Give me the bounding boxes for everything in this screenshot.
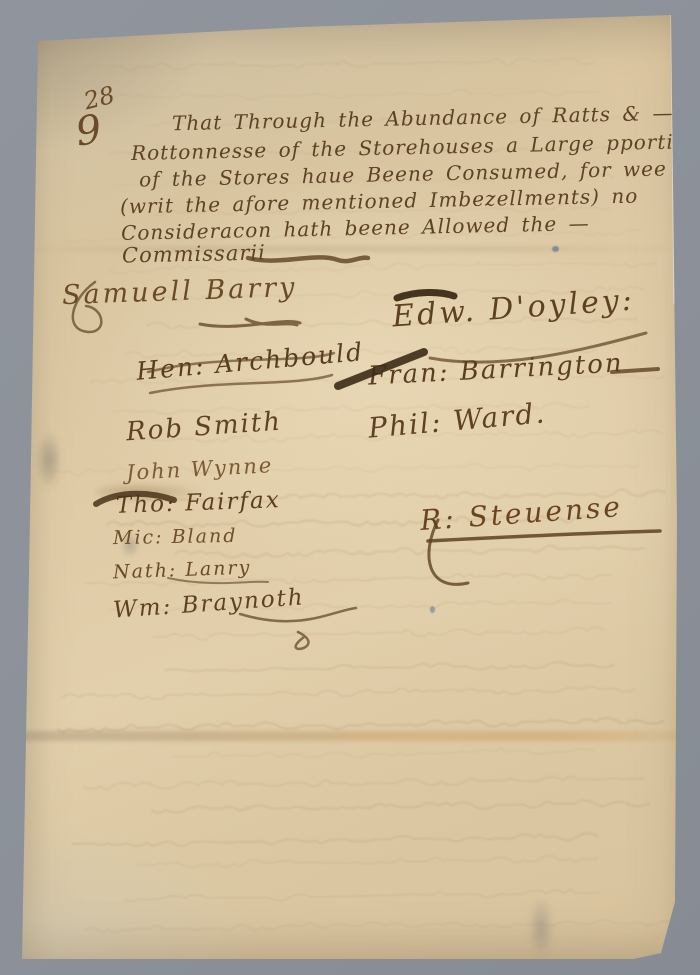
photograph-background: 28 9 That Through the Abundance of Ratts…	[0, 0, 700, 975]
manuscript-page: 28 9 That Through the Abundance of Ratts…	[0, 0, 700, 975]
ink-flourish-strokes	[0, 0, 700, 975]
